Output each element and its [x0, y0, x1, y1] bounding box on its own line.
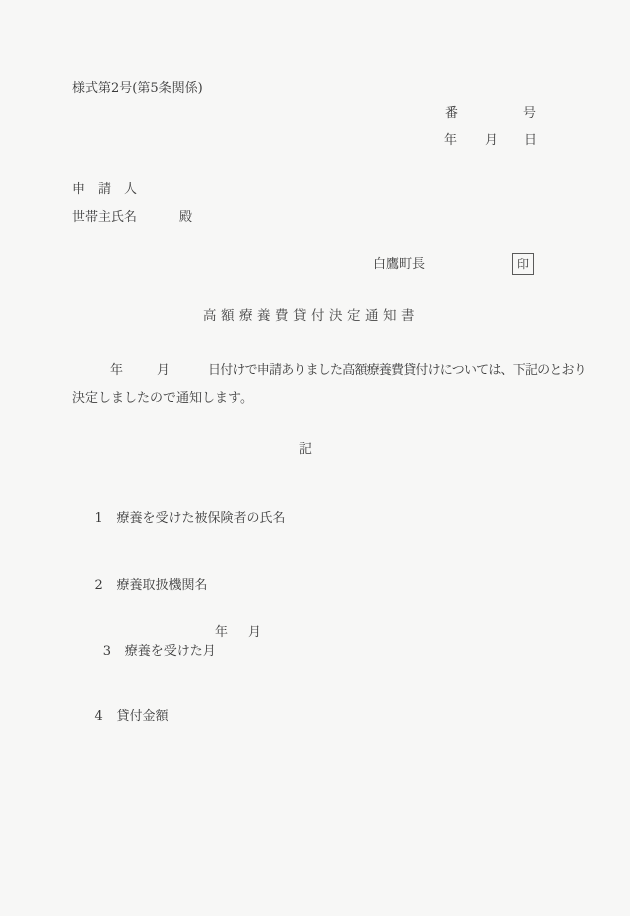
list-item-loan-amount: 4貸付金額	[78, 688, 169, 745]
item-label: 療養取扱機関名	[117, 578, 208, 593]
item-number: 4	[95, 707, 105, 726]
applicant-label: 申 請 人	[72, 180, 137, 199]
body-text-line2: 決定しましたので通知します。	[72, 389, 253, 408]
honorific-label: 殿	[179, 208, 192, 227]
item-month-blank-label: 月	[248, 623, 261, 642]
householder-name-label: 世帯主氏名	[72, 208, 137, 227]
body-year-blank-label: 年	[110, 361, 123, 380]
document-title: 高額療養費貸付決定通知書	[203, 307, 419, 326]
date-month-label: 月	[485, 131, 498, 150]
seal-placeholder-box: 印	[512, 253, 534, 275]
date-year-label: 年	[444, 131, 457, 150]
body-month-blank-label: 月	[157, 361, 170, 380]
mayor-title-label: 白鷹町長	[373, 255, 425, 274]
number-prefix-label: 番	[445, 104, 458, 123]
item-number: 2	[95, 576, 105, 595]
list-item-insured-name: 1療養を受けた被保険者の氏名	[78, 490, 286, 547]
list-item-medical-institution: 2療養取扱機関名	[78, 557, 208, 614]
seal-character: 印	[517, 258, 529, 270]
item-label: 療養を受けた月	[125, 644, 216, 659]
item-number: 1	[95, 509, 105, 528]
body-text-line1: 日付けで申請ありました高額療養費貸付けについては、下記のとおり	[208, 361, 586, 380]
item-number: 3	[103, 642, 113, 661]
notification-document: 様式第2号(第5条関係) 番 号 年 月 日 申 請 人 世帯主氏名 殿 白鷹町…	[0, 0, 630, 916]
form-reference-label: 様式第2号(第5条関係)	[72, 79, 203, 98]
item-label: 療養を受けた被保険者の氏名	[117, 511, 286, 526]
number-suffix-label: 号	[523, 104, 536, 123]
date-day-label: 日	[524, 131, 537, 150]
item-year-blank-label: 年	[215, 623, 228, 642]
item-label: 貸付金額	[117, 709, 169, 724]
record-marker: 記	[299, 440, 312, 459]
